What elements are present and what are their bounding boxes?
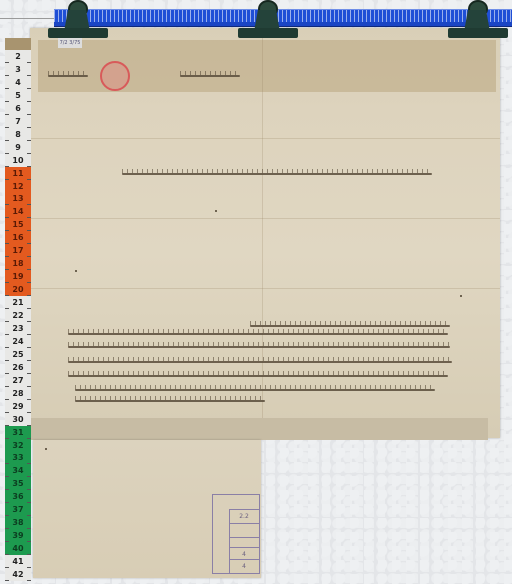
stamp-cell: 4 [229, 559, 259, 574]
tape-mark-24: 24 [5, 335, 31, 348]
tape-mark-30: 30 [5, 413, 31, 426]
script-line [68, 361, 452, 363]
tape-mark-20: 20 [5, 283, 31, 296]
tape-mark-11: 11 [5, 167, 31, 180]
tape-mark-38: 38 [5, 516, 31, 529]
tape-mark-26: 26 [5, 361, 31, 374]
tape-mark-40: 40 [5, 542, 31, 555]
script-line [75, 400, 265, 402]
tape-mark-18: 18 [5, 257, 31, 270]
script-line [180, 75, 240, 77]
binder-clip [48, 0, 108, 40]
script-line [68, 346, 450, 348]
tape-mark-3: 3 [5, 63, 31, 76]
tape-mark-34: 34 [5, 464, 31, 477]
tape-mark-31: 31 [5, 426, 31, 439]
archive-stamp-box: 2.2 4 4 [212, 494, 260, 574]
binder-clip [448, 0, 508, 40]
ink-speck [45, 448, 47, 450]
tape-mark-37: 37 [5, 503, 31, 516]
fold-line [30, 288, 500, 289]
script-line [250, 325, 450, 327]
ink-speck [75, 270, 77, 272]
tape-mark-14: 14 [5, 205, 31, 218]
tape-mark-13: 13 [5, 192, 31, 205]
binder-clip [238, 0, 298, 40]
tape-mark-32: 32 [5, 439, 31, 452]
tape-mark-29: 29 [5, 400, 31, 413]
tape-mark-17: 17 [5, 244, 31, 257]
script-line [68, 333, 448, 335]
stamp-cell: 2.2 [229, 509, 259, 524]
script-line [48, 75, 88, 77]
tape-mark-42: 42 [5, 568, 31, 581]
left-measuring-tape: 2345678910111213141516171819202122232425… [5, 38, 31, 584]
tape-mark-7: 7 [5, 115, 31, 128]
manuscript-bottom-strip [30, 418, 488, 440]
fold-line [30, 218, 500, 219]
tape-mark-2: 2 [5, 50, 31, 63]
tape-mark-19: 19 [5, 270, 31, 283]
ink-speck [215, 210, 217, 212]
tape-mark-39: 39 [5, 529, 31, 542]
tape-mark-35: 35 [5, 477, 31, 490]
ink-speck [460, 295, 462, 297]
tape-mark-10: 10 [5, 154, 31, 167]
clip-jaw [48, 28, 108, 38]
tape-mark-16: 16 [5, 231, 31, 244]
fold-line [30, 138, 500, 139]
tape-mark-41: 41 [5, 555, 31, 568]
tape-mark-23: 23 [5, 322, 31, 335]
stamp-cell [229, 523, 259, 538]
tape-end-cap [5, 38, 31, 50]
tape-mark-36: 36 [5, 490, 31, 503]
tape-mark-6: 6 [5, 102, 31, 115]
tape-mark-25: 25 [5, 348, 31, 361]
tape-mark-8: 8 [5, 128, 31, 141]
tape-mark-22: 22 [5, 309, 31, 322]
script-line [75, 389, 435, 391]
tape-mark-21: 21 [5, 296, 31, 309]
script-line [68, 375, 448, 377]
tape-mark-27: 27 [5, 374, 31, 387]
clip-jaw [238, 28, 298, 38]
tape-mark-33: 33 [5, 451, 31, 464]
tape-mark-12: 12 [5, 180, 31, 193]
red-seal-stamp [100, 61, 130, 91]
tape-mark-9: 9 [5, 141, 31, 154]
tape-mark-4: 4 [5, 76, 31, 89]
clip-jaw [448, 28, 508, 38]
tape-mark-15: 15 [5, 218, 31, 231]
script-line [122, 173, 432, 175]
tape-mark-28: 28 [5, 387, 31, 400]
tape-mark-5: 5 [5, 89, 31, 102]
